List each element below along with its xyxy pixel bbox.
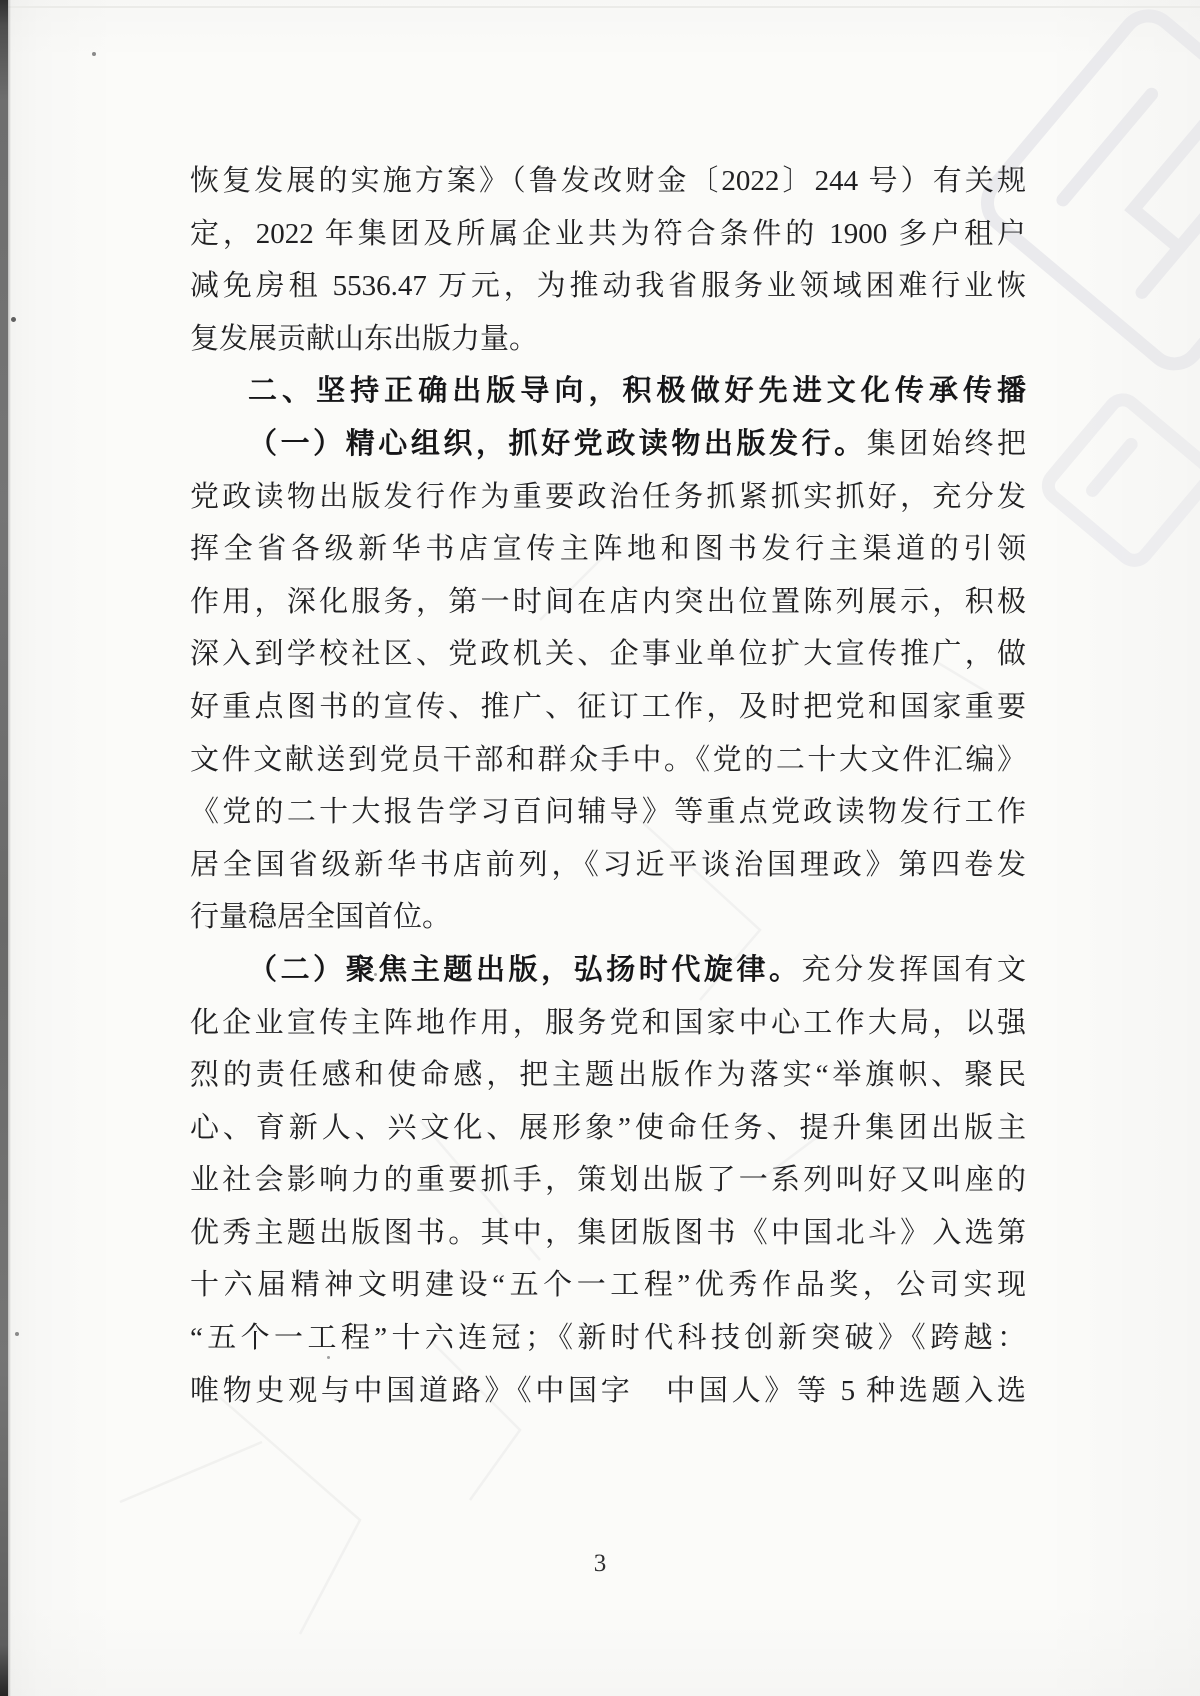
text-line: 党政读物出版发行作为重要政治任务抓紧抓实抓好，充分发 bbox=[190, 471, 1026, 524]
text-line: 业社会影响力的重要抓手，策划出版了一系列叫好又叫座的 bbox=[190, 1154, 1026, 1207]
text-line: 复发展贡献山东出版力量。 bbox=[190, 313, 1026, 366]
text-run: 文件文献送到党员干部和群众手中。《党的二十大文件汇编》 bbox=[190, 744, 1026, 776]
text-line: 化企业宣传主阵地作用，服务党和国家中心工作大局，以强 bbox=[190, 997, 1026, 1050]
page-number: 3 bbox=[0, 1546, 1200, 1582]
text-line: 定，2022 年集团及所属企业共为符合条件的 1900 多户租户 bbox=[190, 208, 1026, 261]
text-line: 恢复发展的实施方案》（鲁发改财金〔2022〕244 号）有关规 bbox=[190, 155, 1026, 208]
text-run: 烈的责任感和使命感，把主题出版作为落实“举旗帜、聚民 bbox=[190, 1059, 1026, 1091]
text-line: 作用，深化服务，第一时间在店内突出位置陈列展示，积极 bbox=[190, 576, 1026, 629]
text-run: 充分发挥国有文 bbox=[802, 954, 1026, 986]
text-run: 好重点图书的宣传、推广、征订工作，及时把党和国家重要 bbox=[190, 691, 1026, 723]
text-line: 优秀主题出版图书。其中，集团版图书《中国北斗》入选第 bbox=[190, 1207, 1026, 1260]
text-run: 复发展贡献山东出版力量。 bbox=[190, 323, 538, 355]
document-body: 恢复发展的实施方案》（鲁发改财金〔2022〕244 号）有关规定，2022 年集… bbox=[190, 155, 1026, 1417]
text-run: 定，2022 年集团及所属企业共为符合条件的 1900 多户租户 bbox=[190, 218, 1026, 250]
text-run: 《党的二十大报告学习百问辅导》等重点党政读物发行工作 bbox=[190, 796, 1026, 828]
section-heading: 二、坚持正确出版导向，积极做好先进文化传承传播 bbox=[190, 365, 1026, 418]
text-run: 深入到学校社区、党政机关、企事业单位扩大宣传推广，做 bbox=[190, 638, 1026, 670]
text-run: 恢复发展的实施方案》（鲁发改财金〔2022〕244 号）有关规 bbox=[190, 165, 1026, 197]
text-line: 十六届精神文明建设“五个一工程”优秀作品奖，公司实现 bbox=[190, 1259, 1026, 1312]
text-line: 烈的责任感和使命感，把主题出版作为落实“举旗帜、聚民 bbox=[190, 1049, 1026, 1102]
text-run: 集团始终把 bbox=[867, 428, 1026, 460]
text-run: “五个一工程”十六连冠；《新时代科技创新突破》《跨越： bbox=[190, 1322, 1026, 1354]
text-line: “五个一工程”十六连冠；《新时代科技创新突破》《跨越： bbox=[190, 1312, 1026, 1365]
subsection-start: （二）聚焦主题出版，弘扬时代旋律。充分发挥国有文 bbox=[190, 944, 1026, 997]
text-run: 唯物史观与中国道路》《中国字 中国人》等 5 种选题入选 bbox=[190, 1375, 1026, 1407]
text-run: 化企业宣传主阵地作用，服务党和国家中心工作大局，以强 bbox=[190, 1007, 1026, 1039]
text-run: 行量稳居全国首位。 bbox=[190, 901, 451, 933]
scan-edge-strip bbox=[0, 0, 8, 1696]
text-line: 居全国省级新华书店前列，《习近平谈治国理政》第四卷发 bbox=[190, 839, 1026, 892]
scan-speck bbox=[15, 1332, 19, 1336]
scan-speck bbox=[92, 52, 96, 56]
text-run: 减免房租 5536.47 万元，为推动我省服务业领域困难行业恢 bbox=[190, 270, 1026, 302]
text-run: 心、育新人、兴文化、展形象”使命任务、提升集团出版主 bbox=[190, 1112, 1026, 1144]
text-run: 居全国省级新华书店前列，《习近平谈治国理政》第四卷发 bbox=[190, 849, 1026, 881]
bold-run: （二）聚焦主题出版，弘扬时代旋律。 bbox=[248, 954, 802, 986]
text-run: 挥全省各级新华书店宣传主阵地和图书发行主渠道的引领 bbox=[190, 533, 1026, 565]
text-line: 《党的二十大报告学习百问辅导》等重点党政读物发行工作 bbox=[190, 786, 1026, 839]
bold-run: 二、坚持正确出版导向，积极做好先进文化传承传播 bbox=[248, 375, 1026, 407]
scanned-page: { "page": { "kind": "scanned official do… bbox=[0, 0, 1200, 1696]
text-line: 挥全省各级新华书店宣传主阵地和图书发行主渠道的引领 bbox=[190, 523, 1026, 576]
text-run: 作用，深化服务，第一时间在店内突出位置陈列展示，积极 bbox=[190, 586, 1026, 618]
scan-top-edge bbox=[0, 6, 1200, 8]
text-run: 优秀主题出版图书。其中，集团版图书《中国北斗》入选第 bbox=[190, 1217, 1026, 1249]
text-run: 业社会影响力的重要抓手，策划出版了一系列叫好又叫座的 bbox=[190, 1164, 1026, 1196]
text-line: 心、育新人、兴文化、展形象”使命任务、提升集团出版主 bbox=[190, 1102, 1026, 1155]
scan-edge-shadow bbox=[8, 0, 11, 1696]
text-line: 好重点图书的宣传、推广、征订工作，及时把党和国家重要 bbox=[190, 681, 1026, 734]
text-line: 文件文献送到党员干部和群众手中。《党的二十大文件汇编》 bbox=[190, 734, 1026, 787]
subsection-start: （一）精心组织，抓好党政读物出版发行。集团始终把 bbox=[190, 418, 1026, 471]
text-line: 行量稳居全国首位。 bbox=[190, 891, 1026, 944]
text-line: 减免房租 5536.47 万元，为推动我省服务业领域困难行业恢 bbox=[190, 260, 1026, 313]
text-run: 党政读物出版发行作为重要政治任务抓紧抓实抓好，充分发 bbox=[190, 481, 1026, 513]
scan-speck bbox=[11, 317, 16, 322]
bold-run: （一）精心组织，抓好党政读物出版发行。 bbox=[248, 428, 867, 460]
text-line: 唯物史观与中国道路》《中国字 中国人》等 5 种选题入选 bbox=[190, 1365, 1026, 1418]
text-line: 深入到学校社区、党政机关、企事业单位扩大宣传推广，做 bbox=[190, 628, 1026, 681]
text-run: 十六届精神文明建设“五个一工程”优秀作品奖，公司实现 bbox=[190, 1269, 1026, 1301]
